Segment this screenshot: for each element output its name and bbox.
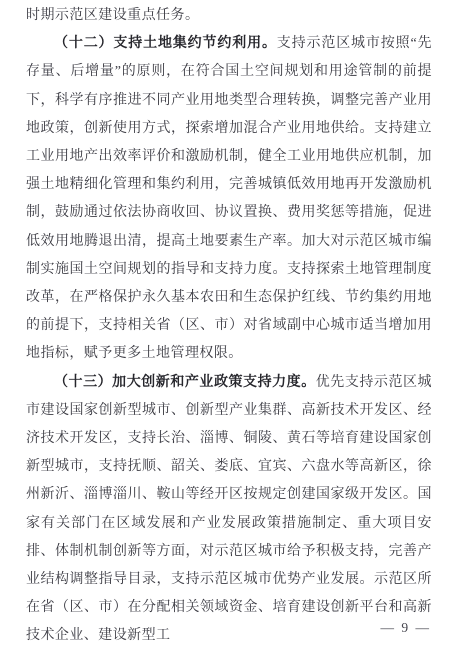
document-page: 时期示范区建设重点任务。 （十二）支持土地集约节约利用。支持示范区城市按照“先存… [0,0,458,652]
page-number: — 9 — [381,620,432,636]
section-13-heading: （十三）加大创新和产业政策支持力度。 [54,375,316,390]
section-12-heading: （十二）支持土地集约节约利用。 [54,36,277,51]
paragraph-text: 优先支持示范区城市建设国家创新型城市、创新型产业集群、高新技术开发区、经济技术开… [26,375,432,644]
paragraph-continuation: 时期示范区建设重点任务。 [26,2,432,30]
paragraph-text: 支持示范区城市按照“先存量、后增量”的原则，在符合国土空间规划和用途管制的前提下… [26,36,432,361]
document-body: 时期示范区建设重点任务。 （十二）支持土地集约节约利用。支持示范区城市按照“先存… [26,2,432,651]
paragraph-section-12: （十二）支持土地集约节约利用。支持示范区城市按照“先存量、后增量”的原则，在符合… [26,30,432,368]
paragraph-section-13: （十三）加大创新和产业政策支持力度。优先支持示范区城市建设国家创新型城市、创新型… [26,369,432,651]
paragraph-text: 时期示范区建设重点任务。 [26,8,199,23]
